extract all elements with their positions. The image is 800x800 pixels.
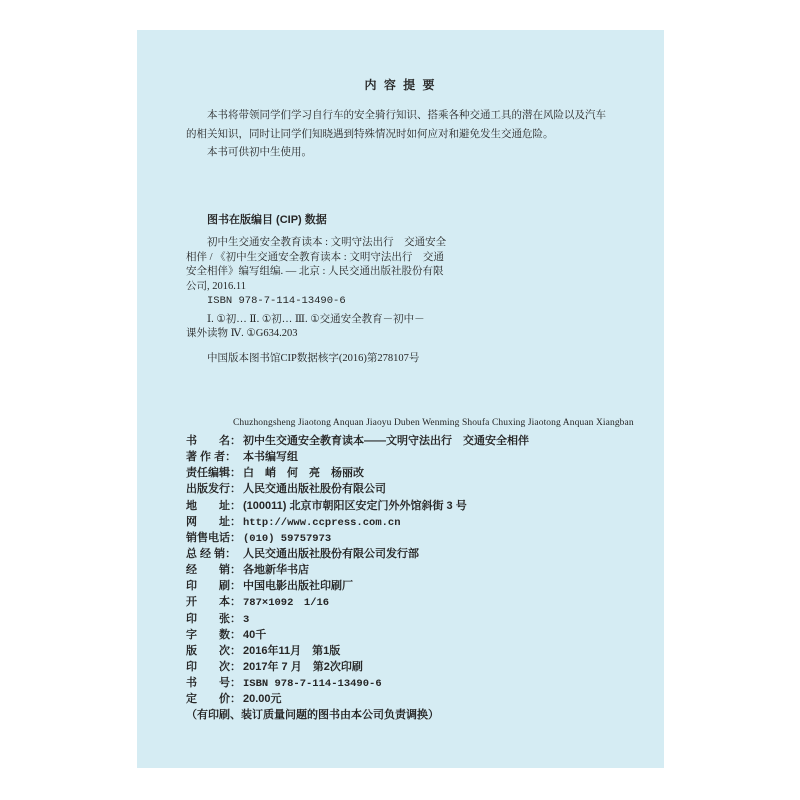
colophon-label: 印 张： xyxy=(186,611,243,627)
colophon-row-impression: 印 次：2017年 7 月 第2次印刷 xyxy=(186,659,656,675)
quality-exchange-note: （有印刷、装订质量问题的图书由本公司负责调换） xyxy=(186,707,656,723)
book-page: 内 容 提 要 本书将带领同学们学习自行车的安全骑行知识、搭乘各种交通工具的潜在… xyxy=(137,30,664,768)
colophon-row-word-count: 字 数：40千 xyxy=(186,627,656,643)
colophon-row-sheets: 印 张：3 xyxy=(186,611,656,627)
colophon-value: (100011) 北京市朝阳区安定门外外馆斜街 3 号 xyxy=(243,500,467,512)
cip-heading: 图书在版编目 (CIP) 数据 xyxy=(186,211,327,227)
content-summary-line: 本书将带领同学们学习自行车的安全骑行知识、搭乘各种交通工具的潜在风险以及汽车 xyxy=(186,107,618,126)
colophon-label: 著 作 者： xyxy=(186,449,243,465)
colophon-label: 销售电话： xyxy=(186,530,243,546)
cip-isbn-line: ISBN 978-7-114-13490-6 xyxy=(186,294,626,309)
colophon-value: 白 峭 何 亮 杨丽改 xyxy=(243,467,364,479)
colophon-value: 本书编写组 xyxy=(243,451,298,463)
pinyin-title: Chuzhongsheng Jiaotong Anquan Jiaoyu Dub… xyxy=(233,418,634,428)
colophon-value: 2016年11月 第1版 xyxy=(243,645,340,657)
colophon-label: 开 本： xyxy=(186,594,243,610)
colophon-row-format: 开 本：787×1092 1/16 xyxy=(186,594,656,610)
colophon-row-editor: 责任编辑：白 峭 何 亮 杨丽改 xyxy=(186,465,656,481)
colophon-value: 初中生交通安全教育读本——文明守法出行 交通安全相伴 xyxy=(243,435,529,447)
colophon-row-sales-phone: 销售电话：(010) 59757973 xyxy=(186,530,656,546)
cip-record-number: 中国版本图书馆CIP数据核字(2016)第278107号 xyxy=(186,350,419,365)
colophon-row-isbn: 书 号：ISBN 978-7-114-13490-6 xyxy=(186,675,656,691)
colophon-row-book-name: 书 名：初中生交通安全教育读本——文明守法出行 交通安全相伴 xyxy=(186,433,656,449)
scan-background: 内 容 提 要 本书将带领同学们学习自行车的安全骑行知识、搭乘各种交通工具的潜在… xyxy=(0,0,800,800)
colophon-label: 版 次： xyxy=(186,643,243,659)
colophon-value: 中国电影出版社印刷厂 xyxy=(243,580,353,592)
colophon-label: 出版发行： xyxy=(186,481,243,497)
colophon-value: 人民交通出版社股份有限公司 xyxy=(243,483,386,495)
colophon-block: 书 名：初中生交通安全教育读本——文明守法出行 交通安全相伴 著 作 者：本书编… xyxy=(186,433,656,724)
content-summary-line: 的相关知识，同时让同学们知晓遇到特殊情况时如何应对和避免发生交通危险。 xyxy=(186,126,618,145)
content-summary-line: 本书可供初中生使用。 xyxy=(186,144,618,163)
colophon-row-author: 著 作 者：本书编写组 xyxy=(186,449,656,465)
colophon-label: 网 址： xyxy=(186,514,243,530)
colophon-value: http://www.ccpress.com.cn xyxy=(243,517,401,529)
content-summary-title: 内 容 提 要 xyxy=(137,76,664,93)
colophon-label: 地 址： xyxy=(186,498,243,514)
colophon-value: ISBN 978-7-114-13490-6 xyxy=(243,678,382,690)
colophon-label: 书 名： xyxy=(186,433,243,449)
cip-line: 相伴 / 《初中生交通安全教育读本 : 文明守法出行 交通 xyxy=(186,251,626,266)
colophon-label: 定 价： xyxy=(186,691,243,707)
content-summary-paragraph: 本书将带领同学们学习自行车的安全骑行知识、搭乘各种交通工具的潜在风险以及汽车 的… xyxy=(186,107,618,163)
colophon-value: 3 xyxy=(243,614,249,626)
colophon-row-distributor: 总 经 销：人民交通出版社股份有限公司发行部 xyxy=(186,546,656,562)
colophon-row-website: 网 址：http://www.ccpress.com.cn xyxy=(186,514,656,530)
colophon-value: 20.00元 xyxy=(243,693,282,705)
colophon-label: 经 销： xyxy=(186,562,243,578)
colophon-value: 787×1092 1/16 xyxy=(243,597,329,609)
colophon-label: 书 号： xyxy=(186,675,243,691)
cip-line: 初中生交通安全教育读本 : 文明守法出行 交通安全 xyxy=(186,236,626,251)
colophon-value: 人民交通出版社股份有限公司发行部 xyxy=(243,548,419,560)
colophon-value: 2017年 7 月 第2次印刷 xyxy=(243,661,363,673)
colophon-label: 印 次： xyxy=(186,659,243,675)
cip-description: 初中生交通安全教育读本 : 文明守法出行 交通安全 相伴 / 《初中生交通安全教… xyxy=(186,236,626,309)
colophon-row-seller: 经 销：各地新华书店 xyxy=(186,562,656,578)
cip-classification-line: Ⅰ. ①初… Ⅱ. ①初… Ⅲ. ①交通安全教育－初中－ xyxy=(186,313,626,327)
colophon-row-printer: 印 刷：中国电影出版社印刷厂 xyxy=(186,578,656,594)
cip-classification: Ⅰ. ①初… Ⅱ. ①初… Ⅲ. ①交通安全教育－初中－ 课外读物 Ⅳ. ①G6… xyxy=(186,313,626,341)
colophon-row-publisher: 出版发行：人民交通出版社股份有限公司 xyxy=(186,481,656,497)
cip-line: 公司, 2016.11 xyxy=(186,280,626,295)
cip-line: 安全相伴》编写组编. — 北京 : 人民交通出版社股份有限 xyxy=(186,265,626,280)
colophon-row-address: 地 址：(100011) 北京市朝阳区安定门外外馆斜街 3 号 xyxy=(186,498,656,514)
colophon-label: 字 数： xyxy=(186,627,243,643)
cip-classification-line: 课外读物 Ⅳ. ①G634.203 xyxy=(186,327,626,341)
colophon-value: (010) 59757973 xyxy=(243,533,331,545)
colophon-label: 总 经 销： xyxy=(186,546,243,562)
colophon-label: 印 刷： xyxy=(186,578,243,594)
colophon-value: 40千 xyxy=(243,629,266,641)
colophon-label: 责任编辑： xyxy=(186,465,243,481)
colophon-value: 各地新华书店 xyxy=(243,564,309,576)
colophon-row-edition: 版 次：2016年11月 第1版 xyxy=(186,643,656,659)
colophon-row-price: 定 价：20.00元 xyxy=(186,691,656,707)
